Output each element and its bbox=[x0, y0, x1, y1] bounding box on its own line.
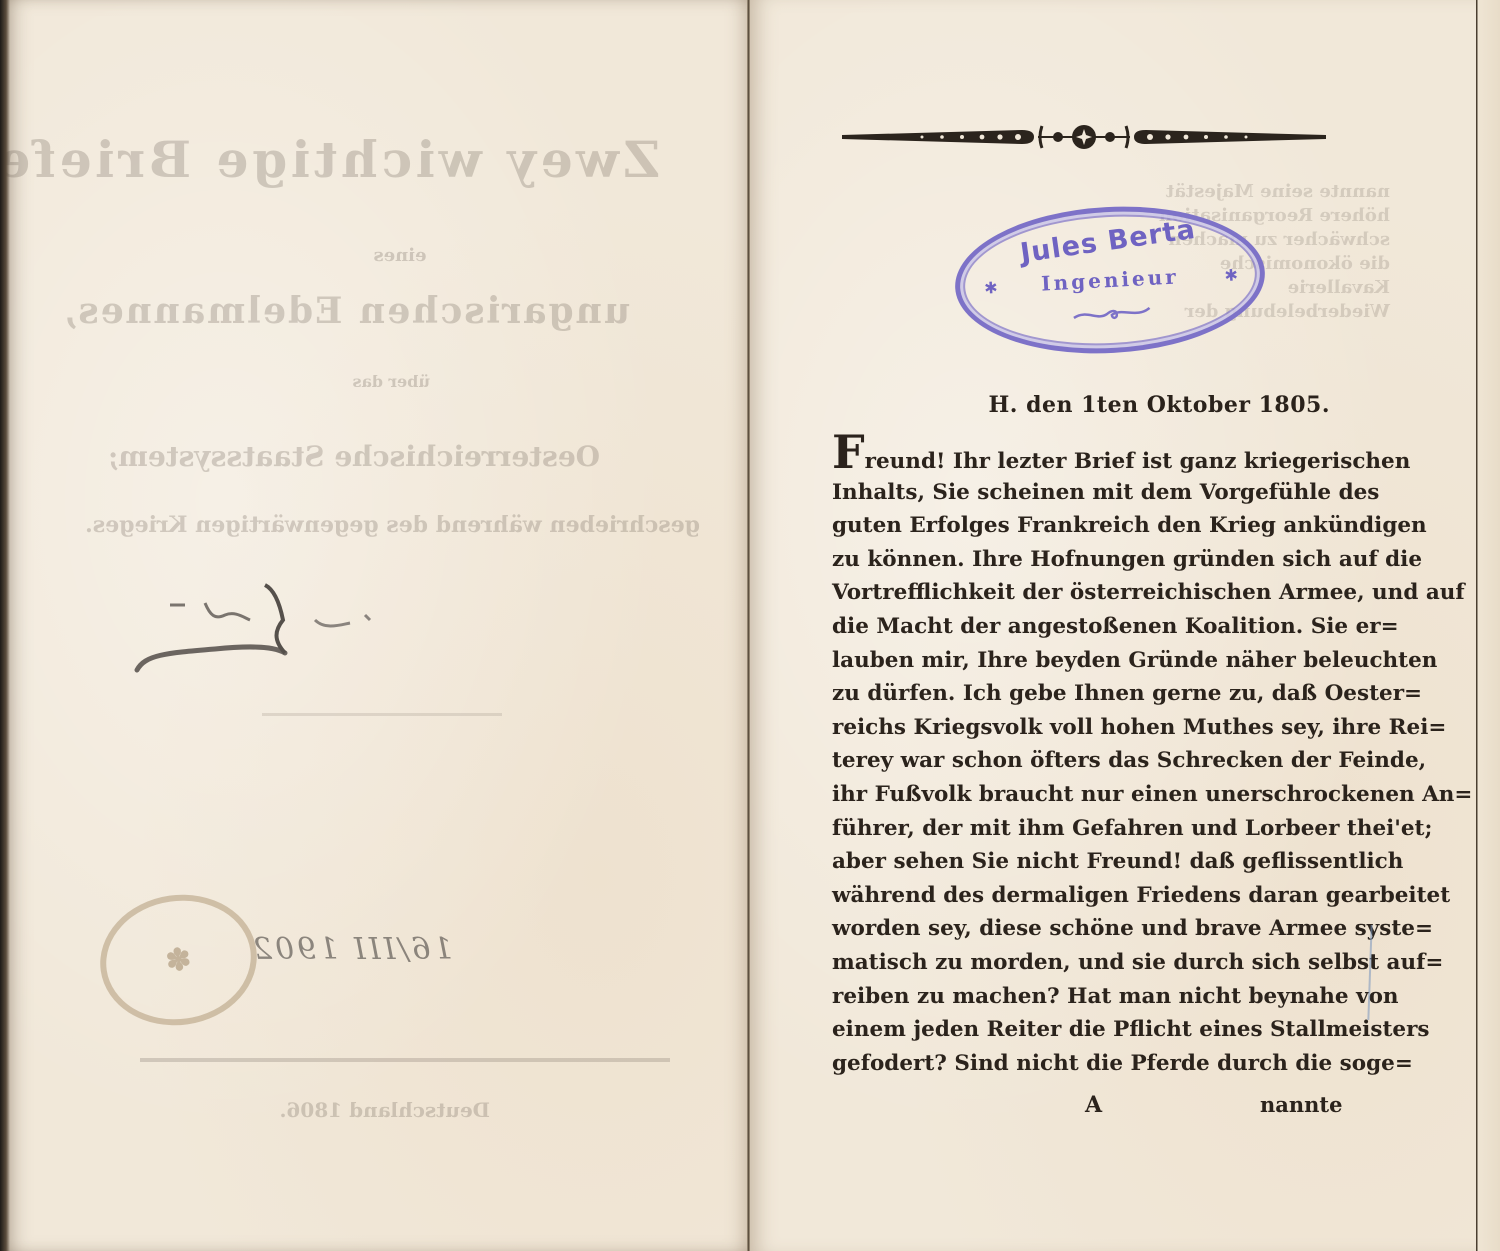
text-line: die Macht der angestoßenen Koalition. Si… bbox=[832, 610, 1358, 644]
handwritten-date: 16/III 1902 bbox=[250, 932, 453, 967]
text-line: während des dermaligen Friedens daran ge… bbox=[832, 879, 1358, 913]
text-line: reiben zu machen? Hat man nicht beynahe … bbox=[832, 980, 1358, 1014]
text-line: zu können. Ihre Hofnungen gründen sich a… bbox=[832, 543, 1358, 577]
text-line: terey war schon öfters das Schrecken der… bbox=[832, 744, 1358, 778]
text-line: lauben mir, Ihre beyden Gründe näher bel… bbox=[832, 644, 1358, 678]
handwritten-signature bbox=[125, 575, 425, 675]
left-page: Zwey wichtige Briefe eines ungarischen E… bbox=[0, 0, 748, 1251]
show-through-line: eines bbox=[350, 245, 450, 266]
text-line: Vortrefflichkeit der österreichischen Ar… bbox=[832, 576, 1358, 610]
show-through-line: geschrieben während des gegenwärtigen Kr… bbox=[180, 512, 700, 538]
text-line: matisch zu morden, und sie durch sich se… bbox=[832, 946, 1358, 980]
text-line: gefodert? Sind nicht die Pferde durch di… bbox=[832, 1047, 1358, 1081]
left-book-edge bbox=[0, 0, 10, 1251]
letter-body: Freund! Ihr lezter Brief ist ganz kriege… bbox=[832, 442, 1358, 1080]
show-through-line: über das bbox=[370, 372, 430, 391]
text-line: einem jeden Reiter die Pflicht eines Sta… bbox=[832, 1013, 1358, 1047]
text-line: guten Erfolges Frankreich den Krieg ankü… bbox=[832, 509, 1358, 543]
show-through-rule bbox=[140, 1058, 670, 1062]
library-round-stamp: ✽ bbox=[92, 885, 266, 1036]
text-line: worden sey, diese schöne und brave Armee… bbox=[832, 912, 1358, 946]
headpiece-ornament-icon bbox=[842, 120, 1326, 154]
show-through-imprint: Deutschland 1806. bbox=[290, 1098, 490, 1122]
text-line: reichs Kriegsvolk voll hohen Muthes sey,… bbox=[832, 711, 1358, 745]
show-through-line: Oesterreichische Staatssystem; bbox=[220, 440, 600, 473]
book-spread: Zwey wichtige Briefe eines ungarischen E… bbox=[0, 0, 1500, 1251]
flourish-icon bbox=[1071, 302, 1152, 326]
catchword: nannte bbox=[1260, 1092, 1342, 1117]
star-icon: ✱ bbox=[1224, 265, 1238, 285]
show-through-title: Zwey wichtige Briefe bbox=[140, 130, 660, 189]
right-page-edges bbox=[1476, 0, 1500, 1251]
text-line: Inhalts, Sie scheinen mit dem Vorgefühle… bbox=[832, 476, 1358, 510]
text-line: ihr Fußvolk braucht nur einen unerschroc… bbox=[832, 778, 1358, 812]
signature-mark: A bbox=[1085, 1092, 1102, 1118]
text-line: führer, der mit ihm Gefahren und Lorbeer… bbox=[832, 812, 1358, 846]
show-through-line: nannte seine Majestät bbox=[1160, 180, 1390, 204]
text-line: zu dürfen. Ich gebe Ihnen gerne zu, daß … bbox=[832, 677, 1358, 711]
letter-dateline: H. den 1ten Oktober 1805. bbox=[988, 392, 1330, 418]
text-line: aber sehen Sie nicht Freund! daß gefliss… bbox=[832, 845, 1358, 879]
text-line: Freund! Ihr lezter Brief ist ganz kriege… bbox=[832, 442, 1358, 476]
show-through-line: ungarischen Edelmannes, bbox=[170, 290, 630, 332]
show-through-rule bbox=[262, 713, 502, 716]
